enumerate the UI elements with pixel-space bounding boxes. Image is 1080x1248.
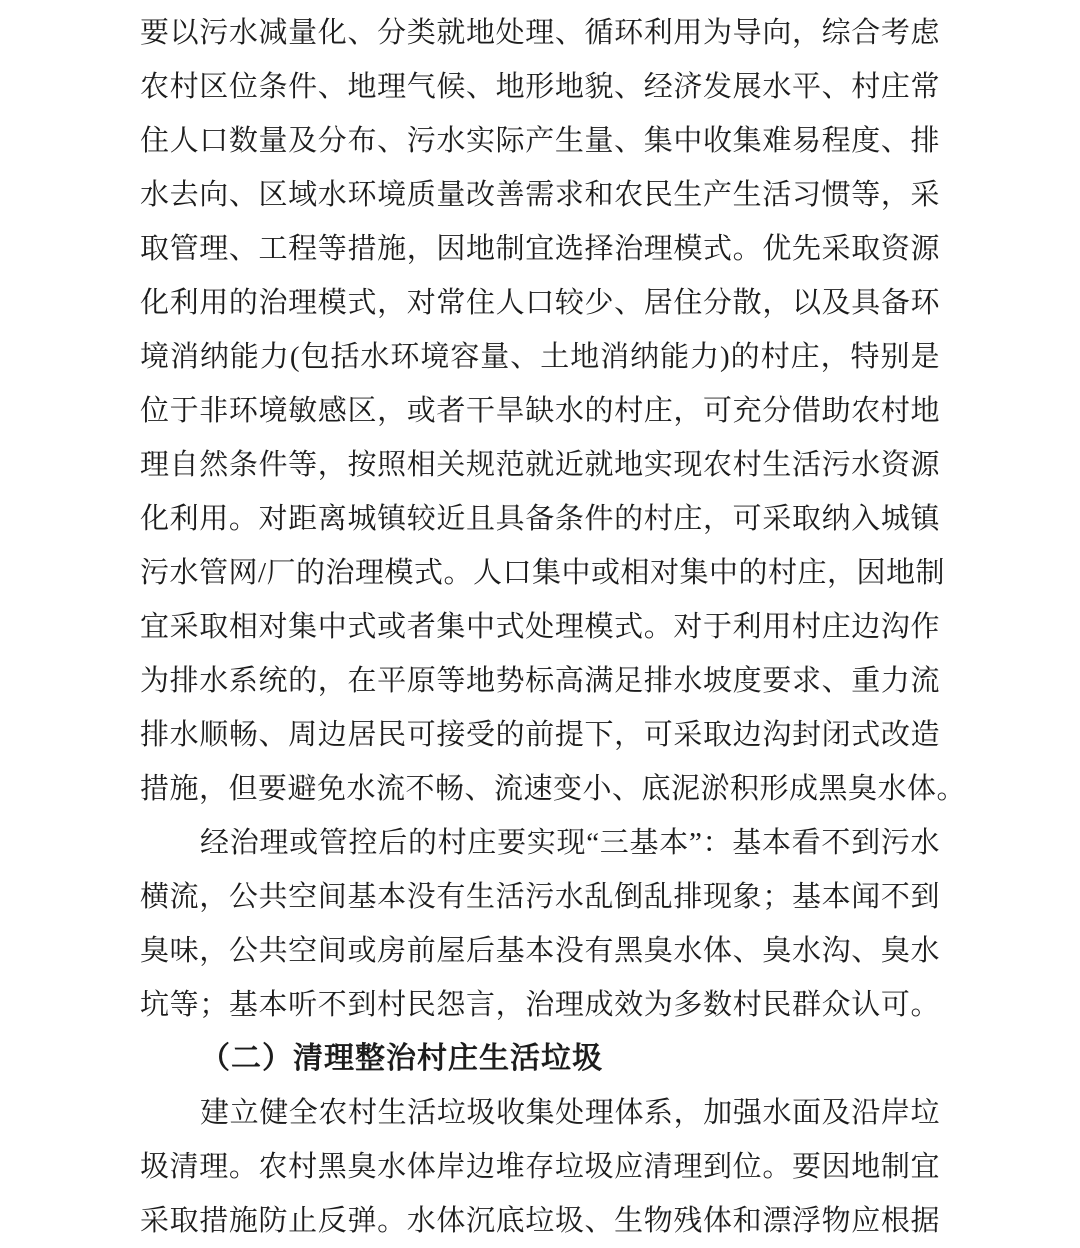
paragraph-start-line: 建立健全农村生活垃圾收集处理体系，加强水面及沿岸垃 [140,1086,940,1140]
text-line: 水去向、区域水环境质量改善需求和农民生产生活习惯等，采 [140,168,940,222]
text-line: 臭味，公共空间或房前屋后基本没有黑臭水体、臭水沟、臭水 [140,924,940,978]
text-line: 宜采取相对集中式或者集中式处理模式。对于利用村庄边沟作 [140,600,940,654]
text-line: 化利用。对距离城镇较近且具备条件的村庄，可采取纳入城镇 [140,492,940,546]
text-line: 污水管网/厂的治理模式。人口集中或相对集中的村庄，因地制 [140,546,940,600]
text-line: 理自然条件等，按照相关规范就近就地实现农村生活污水资源 [140,438,940,492]
text-line: 排水顺畅、周边居民可接受的前提下，可采取边沟封闭式改造 [140,708,940,762]
text-line: 化利用的治理模式，对常住人口较少、居住分散，以及具备环 [140,276,940,330]
paragraph-start-line: 经治理或管控后的村庄要实现“三基本”：基本看不到污水 [140,816,940,870]
section-heading: （二）清理整治村庄生活垃圾 [140,1032,940,1086]
text-line: 取管理、工程等措施，因地制宜选择治理模式。优先采取资源 [140,222,940,276]
text-line: 采取措施防止反弹。水体沉底垃圾、生物残体和漂浮物应根据 [140,1194,940,1248]
text-line: 坑等；基本听不到村民怨言，治理成效为多数村民群众认可。 [140,978,940,1032]
text-line: 横流，公共空间基本没有生活污水乱倒乱排现象；基本闻不到 [140,870,940,924]
text-line: 要以污水减量化、分类就地处理、循环利用为导向，综合考虑 [140,6,940,60]
document-page: 要以污水减量化、分类就地处理、循环利用为导向，综合考虑 农村区位条件、地理气候、… [0,0,1080,1248]
text-line: 为排水系统的，在平原等地势标高满足排水坡度要求、重力流 [140,654,940,708]
document-body: 要以污水减量化、分类就地处理、循环利用为导向，综合考虑 农村区位条件、地理气候、… [140,6,940,1248]
text-line: 农村区位条件、地理气候、地形地貌、经济发展水平、村庄常 [140,60,940,114]
text-line: 境消纳能力(包括水环境容量、土地消纳能力)的村庄，特别是 [140,330,940,384]
text-line: 位于非环境敏感区，或者干旱缺水的村庄，可充分借助农村地 [140,384,940,438]
text-line: 圾清理。农村黑臭水体岸边堆存垃圾应清理到位。要因地制宜 [140,1140,940,1194]
text-line: 住人口数量及分布、污水实际产生量、集中收集难易程度、排 [140,114,940,168]
text-line: 措施，但要避免水流不畅、流速变小、底泥淤积形成黑臭水体。 [140,762,940,816]
